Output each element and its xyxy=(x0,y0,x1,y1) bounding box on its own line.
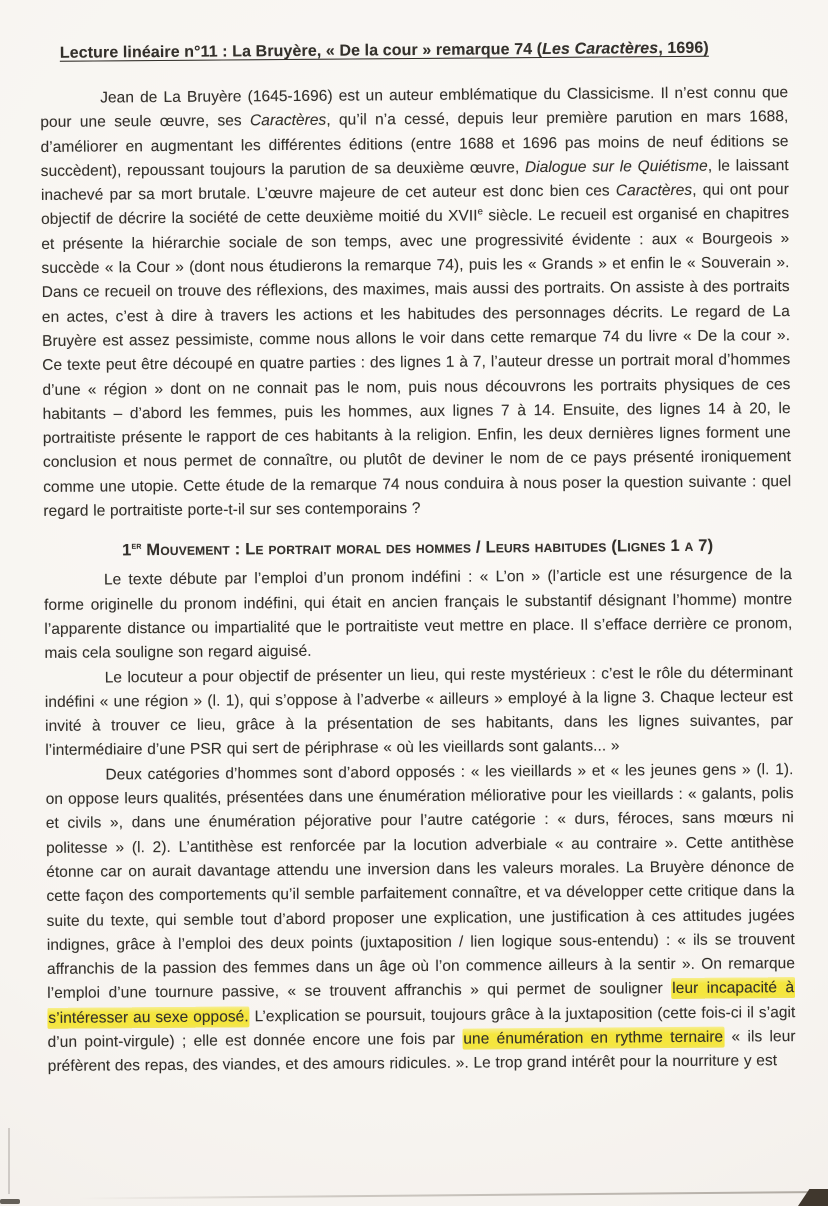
paragraph-pronom-indefini: Le texte débute par l’emploi d’un pronom… xyxy=(44,563,793,666)
intro-paragraph: Jean de La Bruyère (1645-1696) est un au… xyxy=(40,81,791,524)
photographed-document-page: Lecture linéaire n°11 : La Bruyère, « De… xyxy=(0,0,828,1206)
bottom-left-edge-mark xyxy=(0,1199,20,1204)
document-text-block: Lecture linéaire n°11 : La Bruyère, « De… xyxy=(40,39,796,1079)
paper-bottom-edge-line xyxy=(78,1191,824,1200)
paragraph-deux-categories: Deux catégories d’hommes sont d’abord op… xyxy=(45,758,795,1080)
section-heading-first-mouvement: 1er Mouvement : Le portrait moral des ho… xyxy=(44,536,792,561)
document-title: Lecture linéaire n°11 : La Bruyère, « De… xyxy=(60,39,788,63)
paragraph-lieu-mysterieux: Le locuteur a pour objectif de présenter… xyxy=(45,661,794,764)
paper-left-edge-shadow xyxy=(8,1128,10,1194)
